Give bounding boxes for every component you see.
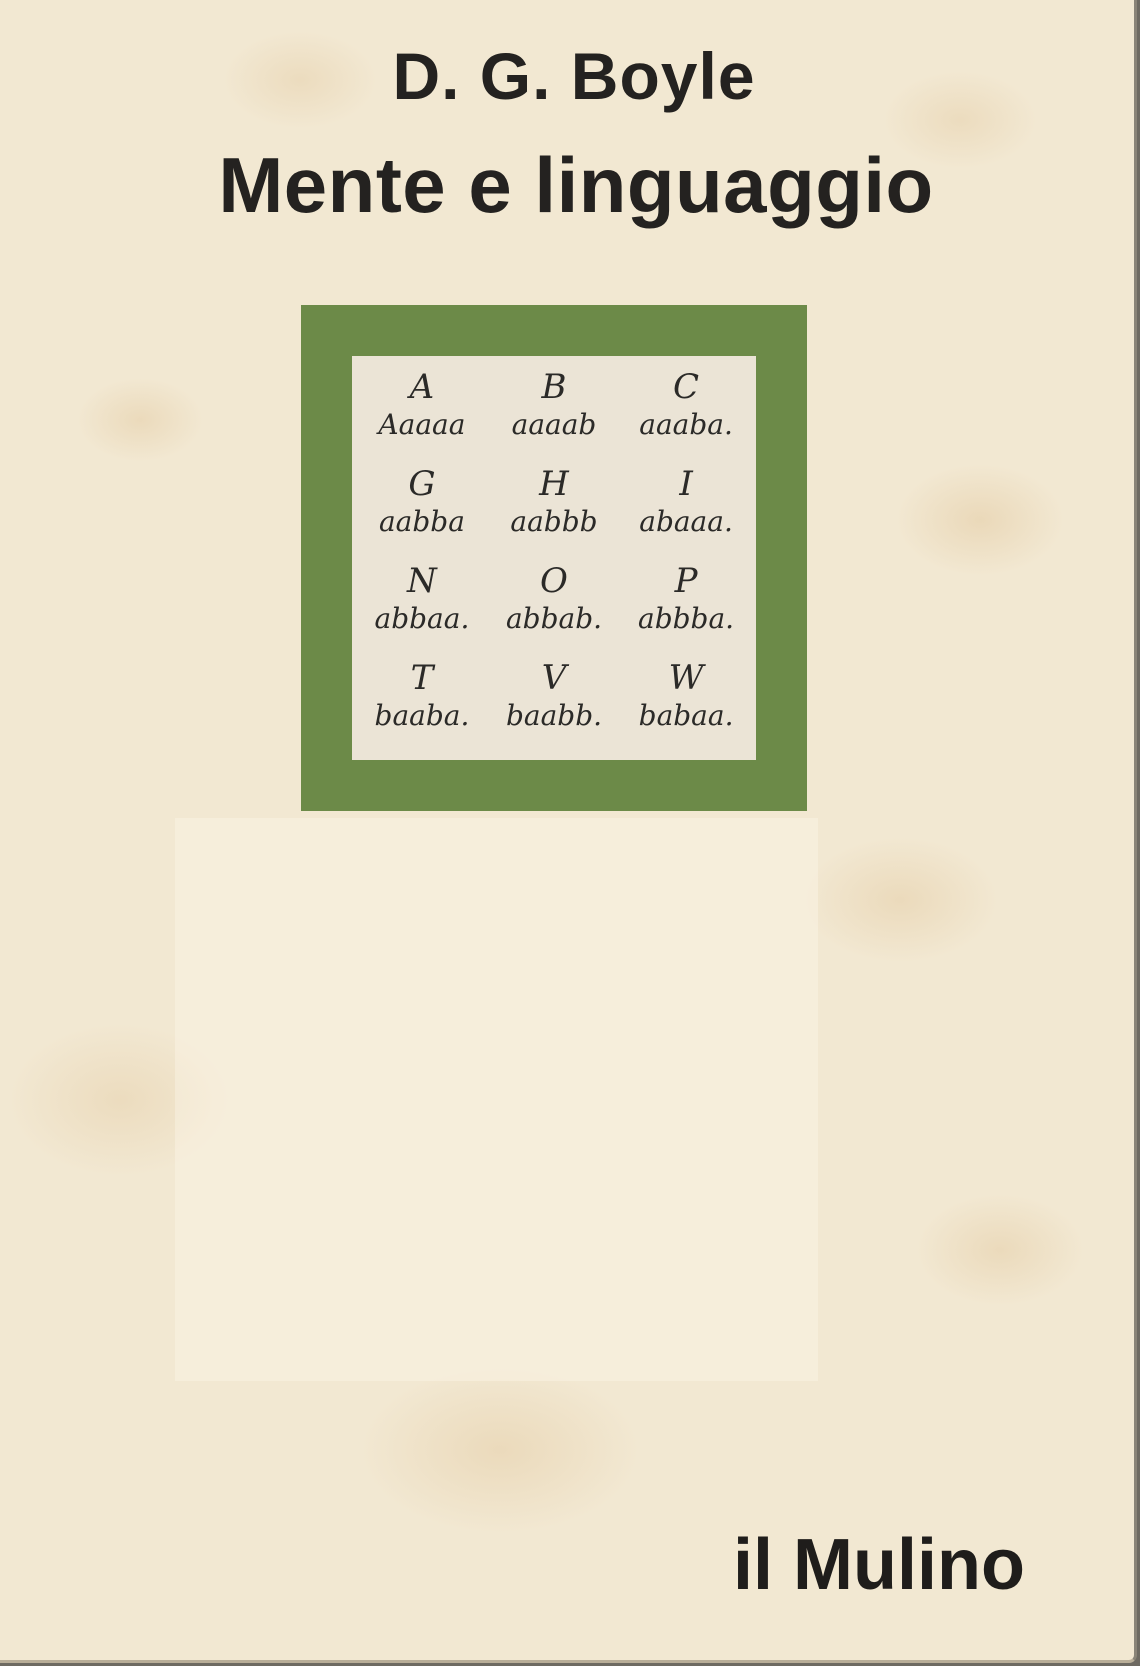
cipher-code: aabba xyxy=(356,503,488,541)
cipher-letter: H xyxy=(488,465,620,503)
book-cover: D. G. Boyle Mente e linguaggio A Aaaaa B… xyxy=(0,0,1137,1663)
cipher-code: baabb. xyxy=(488,697,620,735)
cipher-letter: O xyxy=(488,562,620,600)
cipher-cell: C aaaba. xyxy=(620,368,752,465)
cipher-cell: H aabbb xyxy=(488,465,620,562)
cipher-letter: T xyxy=(356,659,488,697)
cipher-letter: P xyxy=(620,562,752,600)
cipher-cell: T baaba. xyxy=(356,659,488,756)
cipher-letter: I xyxy=(620,465,752,503)
cipher-letter: A xyxy=(356,368,488,406)
cipher-row: G aabba H aabbb I abaaa. xyxy=(352,465,756,562)
cipher-row: A Aaaaa B aaaab C aaaba. xyxy=(352,368,756,465)
cipher-code: babaa. xyxy=(620,697,752,735)
cipher-letter: W xyxy=(620,659,752,697)
cipher-cell: P abbba. xyxy=(620,562,752,659)
cipher-cell: W babaa. xyxy=(620,659,752,756)
cipher-code: Aaaaa xyxy=(356,406,488,444)
cipher-code: abbba. xyxy=(620,600,752,638)
cipher-illustration-frame: A Aaaaa B aaaab C aaaba. G aabba H xyxy=(301,305,807,811)
publisher-logo: il Mulino xyxy=(733,1524,1025,1606)
cipher-code: abbaa. xyxy=(356,600,488,638)
cipher-letter: C xyxy=(620,368,752,406)
book-title: Mente e linguaggio xyxy=(0,140,1140,231)
cipher-cell: V baabb. xyxy=(488,659,620,756)
cipher-code: baaba. xyxy=(356,697,488,735)
author-name: D. G. Boyle xyxy=(0,38,1140,114)
faded-panel xyxy=(175,818,818,1381)
cipher-cell: O abbab. xyxy=(488,562,620,659)
cipher-letter: B xyxy=(488,368,620,406)
cipher-cell: A Aaaaa xyxy=(356,368,488,465)
cipher-code: aaaba. xyxy=(620,406,752,444)
cipher-code: abbab. xyxy=(488,600,620,638)
cipher-cell: B aaaab xyxy=(488,368,620,465)
cipher-table: A Aaaaa B aaaab C aaaba. G aabba H xyxy=(352,356,756,760)
cipher-row: T baaba. V baabb. W babaa. xyxy=(352,659,756,756)
cipher-letter: N xyxy=(356,562,488,600)
cipher-letter: V xyxy=(488,659,620,697)
cipher-cell: G aabba xyxy=(356,465,488,562)
cipher-code: aabbb xyxy=(488,503,620,541)
cipher-code: abaaa. xyxy=(620,503,752,541)
cipher-letter: G xyxy=(356,465,488,503)
cipher-cell: I abaaa. xyxy=(620,465,752,562)
cipher-row: N abbaa. O abbab. P abbba. xyxy=(352,562,756,659)
cipher-code: aaaab xyxy=(488,406,620,444)
cipher-cell: N abbaa. xyxy=(356,562,488,659)
